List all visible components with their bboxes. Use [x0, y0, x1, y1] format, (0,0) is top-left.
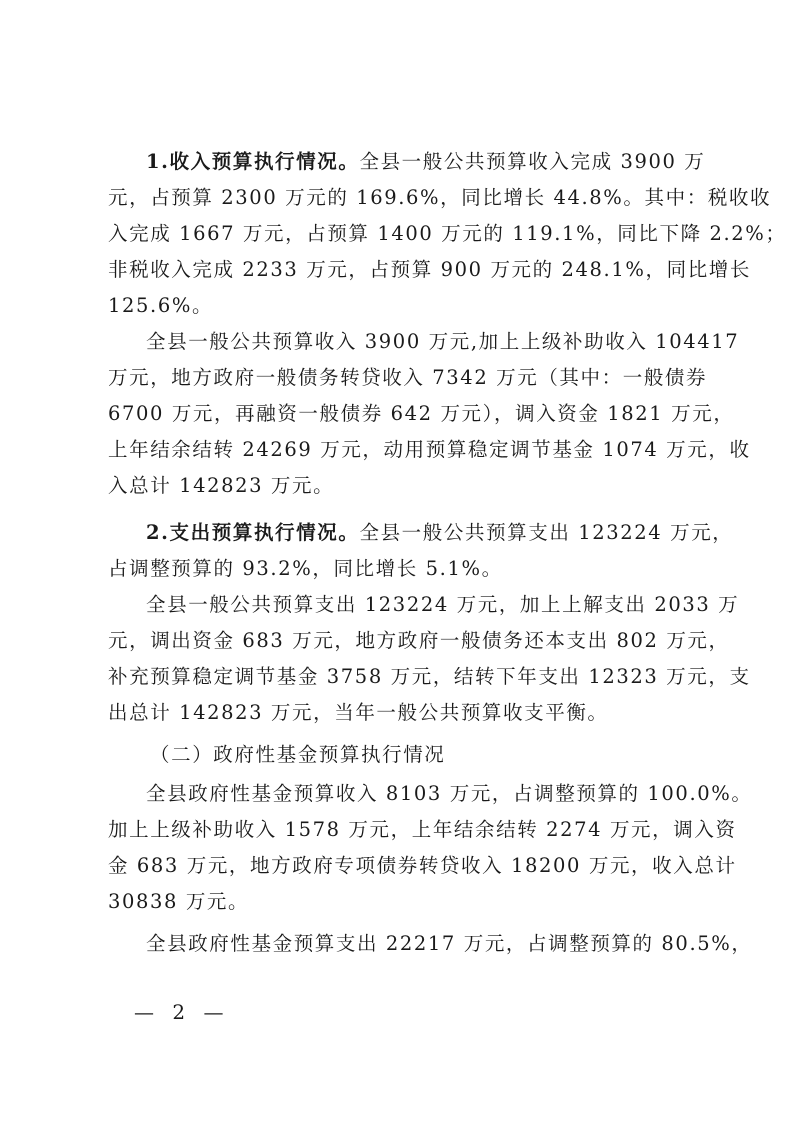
paragraph-line: 入完成 1667 万元，占预算 1400 万元的 119.1%，同比下降 2.2… [108, 222, 694, 246]
paragraph-line: 2.支出预算执行情况。全县一般公共预算支出 123224 万元， [146, 521, 694, 545]
paragraph-line: 元，调出资金 683 万元，地方政府一般债务还本支出 802 万元， [108, 629, 694, 653]
document-page: 1.收入预算执行情况。全县一般公共预算收入完成 3900 万 元，占预算 230… [0, 0, 792, 1121]
paragraph-line: 30838 万元。 [108, 890, 694, 914]
paragraph-line: 上年结余结转 24269 万元，动用预算稳定调节基金 1074 万元，收 [108, 438, 694, 462]
paragraph-line: 6700 万元，再融资一般债券 642 万元），调入资金 1821 万元， [108, 402, 694, 426]
paragraph-line: 非税收入完成 2233 万元，占预算 900 万元的 248.1%，同比增长 [108, 258, 694, 282]
paragraph-line: 金 683 万元，地方政府专项债券转贷收入 18200 万元，收入总计 [108, 854, 694, 878]
paragraph-line: 125.6%。 [108, 294, 694, 318]
subsection-heading: （二）政府性基金预算执行情况 [150, 743, 736, 767]
paragraph-line: 出总计 142823 万元，当年一般公共预算收支平衡。 [108, 701, 694, 725]
paragraph-line: 加上上级补助收入 1578 万元，上年结余结转 2274 万元，调入资 [108, 818, 694, 842]
paragraph-line: 入总计 142823 万元。 [108, 474, 694, 498]
paragraph-line: 补充预算稳定调节基金 3758 万元，结转下年支出 12323 万元，支 [108, 665, 694, 689]
section-heading: 2.支出预算执行情况。 [146, 521, 359, 544]
paragraph-line: 全县政府性基金预算收入 8103 万元，占调整预算的 100.0%。 [146, 782, 694, 806]
paragraph-line: 元，占预算 2300 万元的 169.6%，同比增长 44.8%。其中：税收收 [108, 186, 694, 210]
paragraph-line: 万元，地方政府一般债务转贷收入 7342 万元（其中：一般债券 [108, 366, 694, 390]
section-heading: 1.收入预算执行情况。 [146, 150, 359, 173]
page-number: — 2 — [134, 1000, 229, 1024]
paragraph-line: 全县政府性基金预算支出 22217 万元，占调整预算的 80.5%， [146, 932, 694, 956]
paragraph-line: 全县一般公共预算支出 123224 万元，加上上解支出 2033 万 [146, 593, 694, 617]
paragraph-line: 全县一般公共预算收入 3900 万元,加上上级补助收入 104417 [146, 330, 694, 354]
paragraph-line: 1.收入预算执行情况。全县一般公共预算收入完成 3900 万 [146, 150, 694, 174]
paragraph-line: 占调整预算的 93.2%，同比增长 5.1%。 [108, 557, 694, 581]
